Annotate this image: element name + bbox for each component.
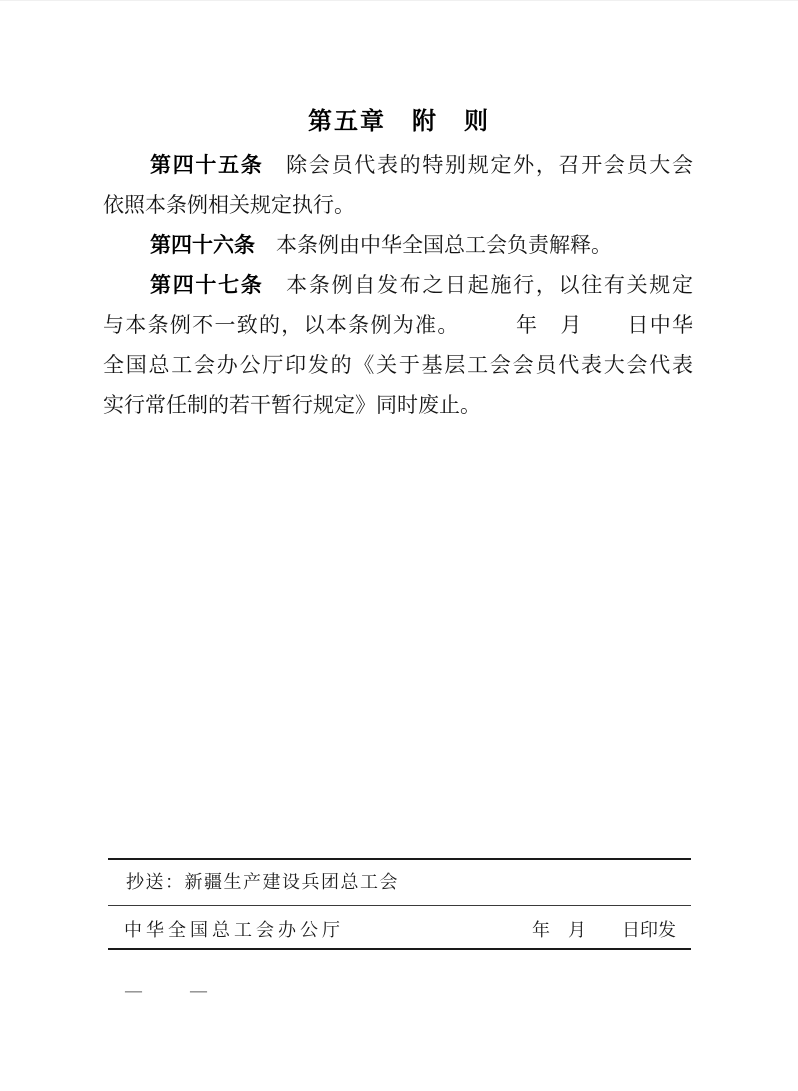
issuer-row: 中华全国总工会办公厅 年 月 日印发 bbox=[108, 913, 691, 947]
footer-rule-bottom bbox=[108, 948, 691, 950]
document-page: 第五章 附 则 第四十五条 除会员代表的特别规定外，召开会员大会 依照本条例相关… bbox=[0, 0, 798, 1091]
article-number: 第四十五条 bbox=[150, 154, 263, 177]
body-line: 全国总工会办公厅印发的《关于基层工会会员代表大会代表 bbox=[103, 345, 693, 385]
body-line: 依照本条例相关规定执行。 bbox=[103, 185, 693, 225]
article-text: 与本条例不一致的，以本条例为准。 年 月 日中华 bbox=[103, 313, 693, 337]
footer-rule-middle bbox=[108, 905, 691, 906]
article-text: 本条例由中华全国总工会负责解释。 bbox=[255, 233, 612, 257]
article-text: 本条例自发布之日起施行，以往有关规定 bbox=[263, 273, 693, 297]
body-line: 第四十七条 本条例自发布之日起施行，以往有关规定 bbox=[103, 265, 693, 305]
body-line: 第四十六条 本条例由中华全国总工会负责解释。 bbox=[103, 225, 693, 265]
copy-to-line: 抄送：新疆生产建设兵团总工会 bbox=[108, 867, 691, 897]
article-text: 除会员代表的特别规定外，召开会员大会 bbox=[263, 153, 693, 177]
issue-date: 年 月 日印发 bbox=[532, 913, 676, 947]
footer-rule-top bbox=[108, 858, 691, 860]
article-text: 实行常任制的若干暂行规定》同时废止。 bbox=[103, 393, 481, 417]
article-text: 全国总工会办公厅印发的《关于基层工会会员代表大会代表 bbox=[103, 353, 693, 377]
page-number-dash-left: — bbox=[124, 982, 143, 1001]
body-line: 实行常任制的若干暂行规定》同时废止。 bbox=[103, 385, 693, 425]
article-number: 第四十六条 bbox=[150, 234, 255, 257]
article-number: 第四十七条 bbox=[150, 274, 263, 297]
article-text: 依照本条例相关规定执行。 bbox=[103, 193, 355, 217]
body-text: 第四十五条 除会员代表的特别规定外，召开会员大会 依照本条例相关规定执行。 第四… bbox=[103, 145, 693, 425]
page-number-dash-right: — bbox=[189, 982, 208, 1001]
issuer-name: 中华全国总工会办公厅 bbox=[124, 913, 344, 947]
chapter-title: 第五章 附 则 bbox=[0, 107, 798, 137]
body-line: 第四十五条 除会员代表的特别规定外，召开会员大会 bbox=[103, 145, 693, 185]
body-line: 与本条例不一致的，以本条例为准。 年 月 日中华 bbox=[103, 305, 693, 345]
